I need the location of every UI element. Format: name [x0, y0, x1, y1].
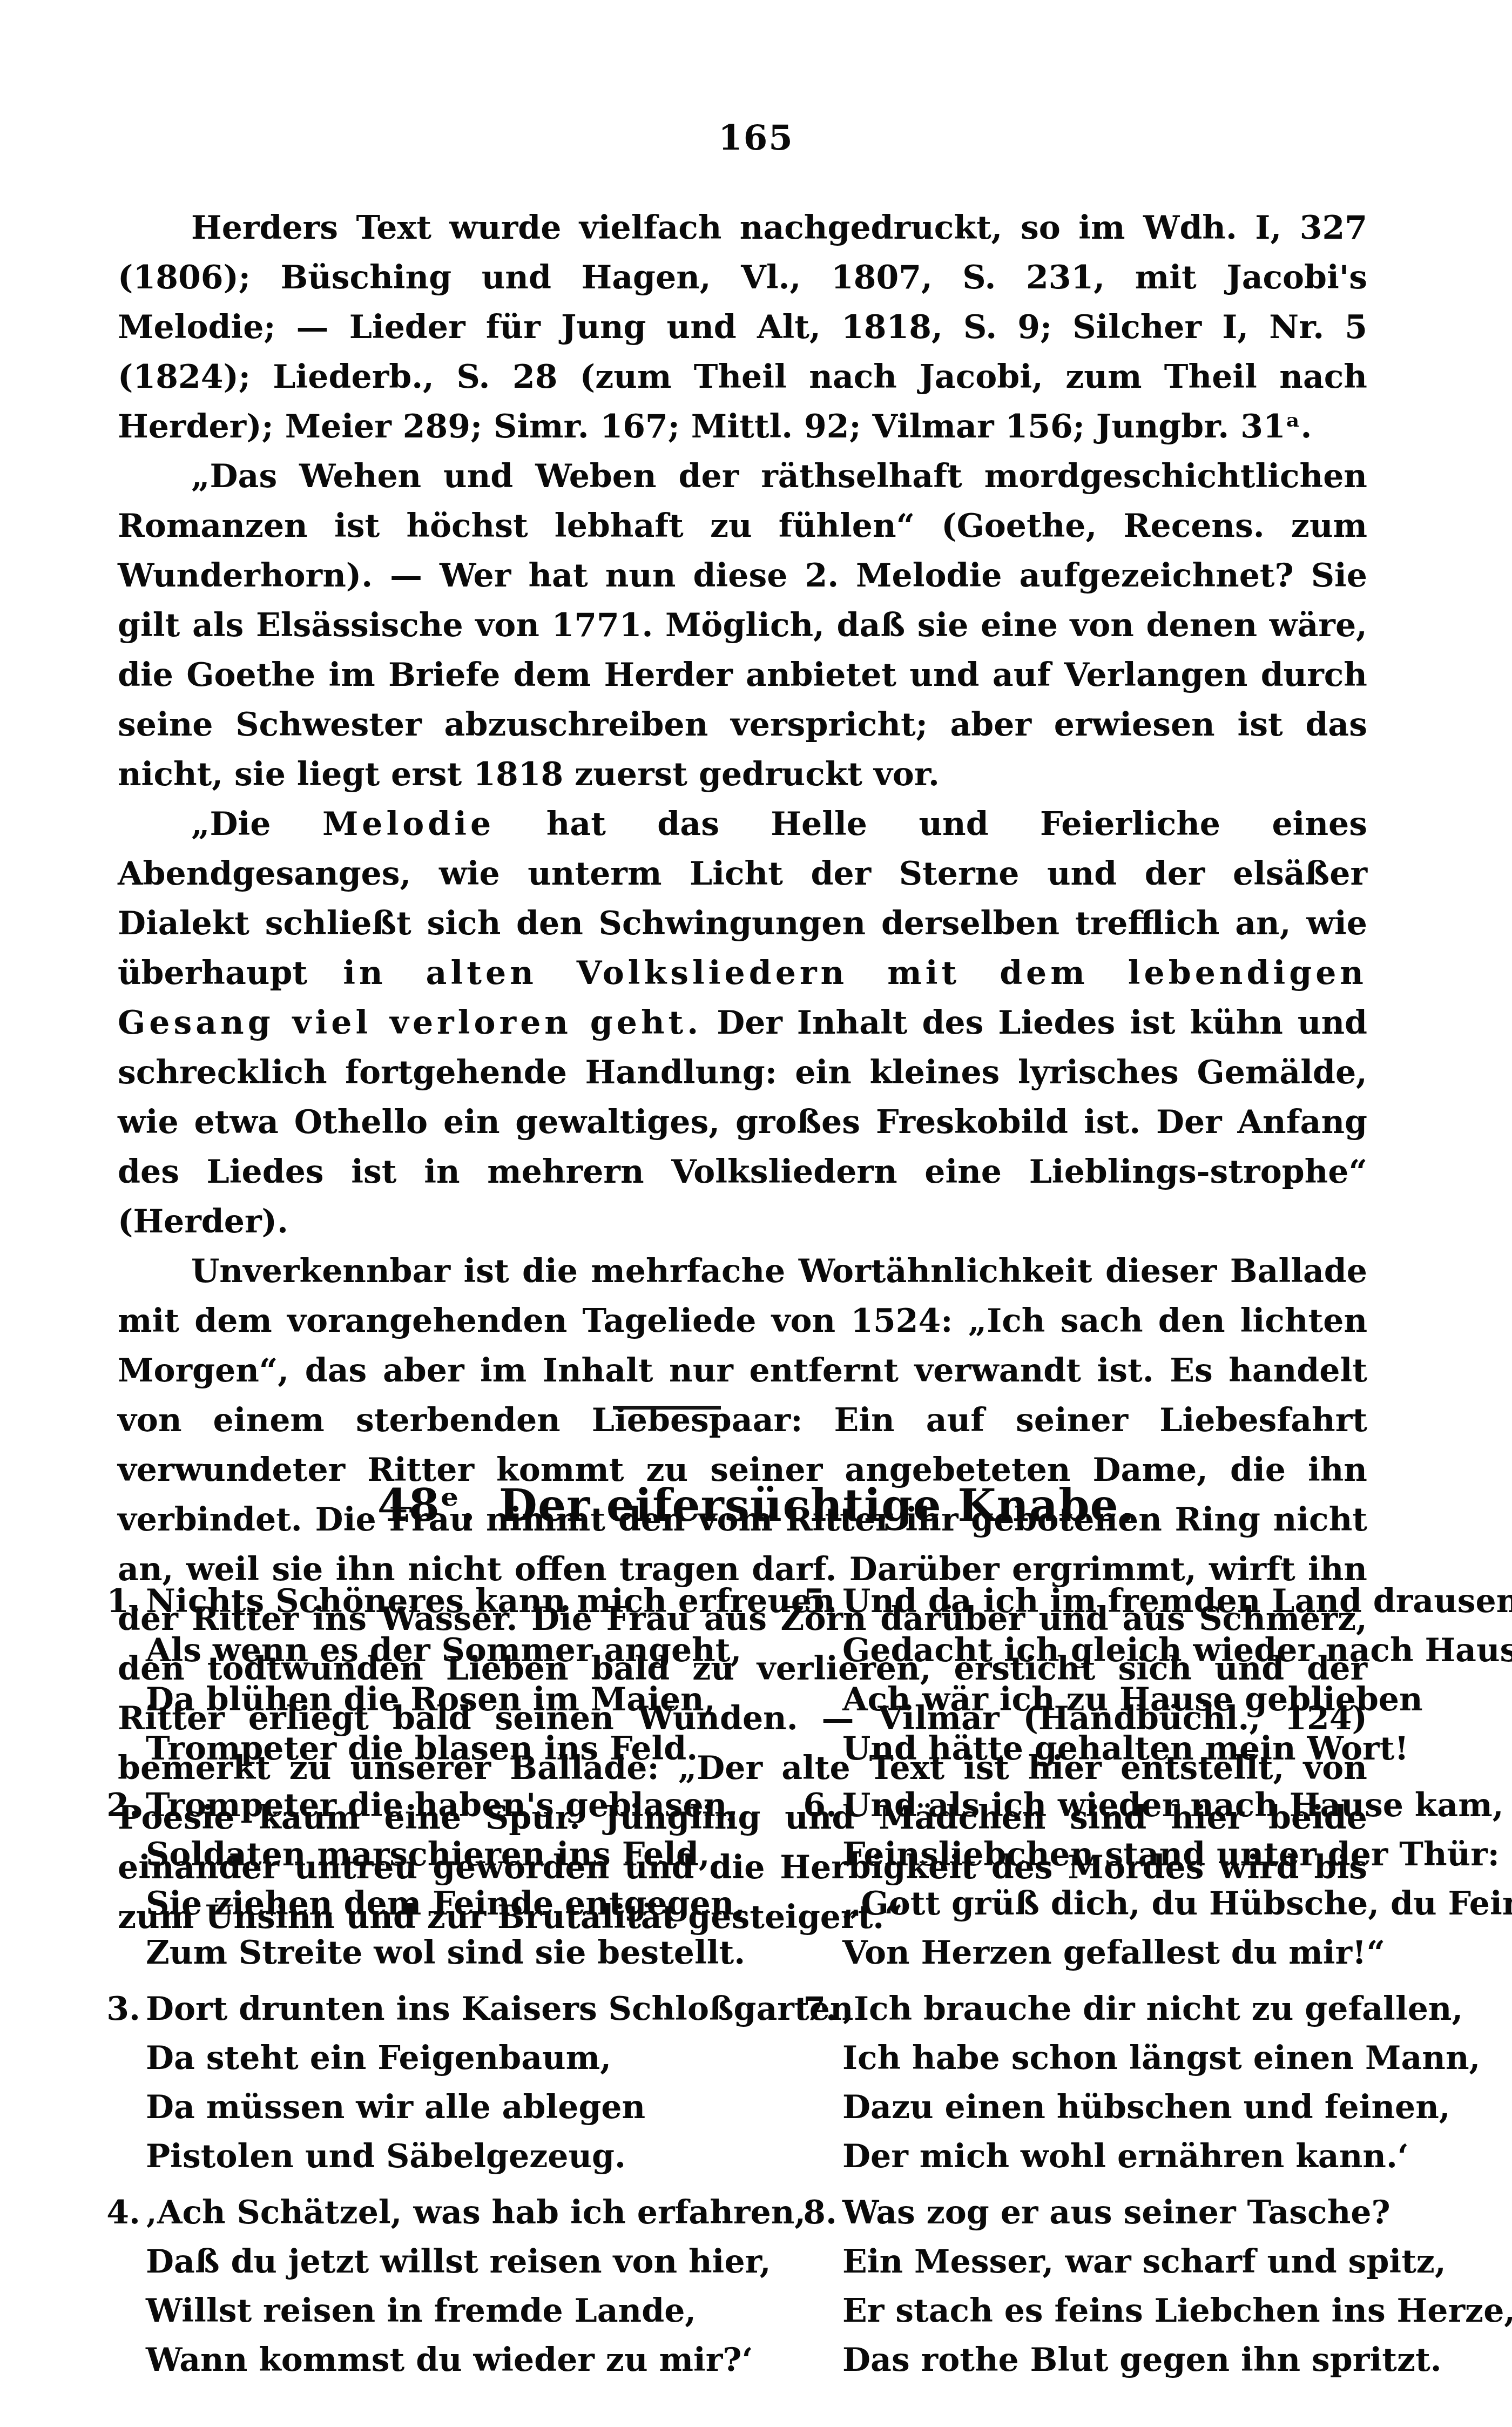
stanza-line: 4.‚Ach Schätzel, was hab ich erfahren,	[92, 2188, 806, 2237]
stanza: 2.Trompeter die haben's geblasen,Soldate…	[92, 1781, 745, 1978]
stanza-line: Und hätte gehalten mein Wort!	[788, 1724, 1512, 1774]
stanza-line: Gedacht ich gleich wieder nach Haus;	[788, 1626, 1512, 1675]
stanza-line: Daß du jetzt willst reisen von hier,	[92, 2237, 806, 2287]
quote-part: „Die	[191, 805, 322, 843]
stanza-number: 7.	[788, 1985, 837, 2034]
stanza-line: Sie ziehen dem Feinde entgegen,	[92, 1879, 745, 1929]
note-paragraph-sources: Herders Text wurde vielfach nachgedruckt…	[118, 203, 1367, 451]
quote-part-spaced: Melodie	[322, 805, 495, 843]
poem-heading: 48ᵉ.Der eifersüchtige Knabe.	[0, 1480, 1512, 1532]
stanza-line: 2.Trompeter die haben's geblasen,	[92, 1781, 745, 1830]
stanza-number: 5.	[788, 1577, 837, 1626]
stanza-line: Ein Messer, war scharf und spitz,	[788, 2237, 1512, 2287]
stanza-line: Das rothe Blut gegen ihn spritzt.	[788, 2336, 1512, 2385]
stanza-line: Als wenn es der Sommer angeht,	[92, 1626, 835, 1675]
stanza-line: Ach wär ich zu Hause geblieben	[788, 1675, 1512, 1724]
stanza: 4.‚Ach Schätzel, was hab ich erfahren,Da…	[92, 2188, 806, 2385]
stanza-line: Ich habe schon längst einen Mann,	[788, 2034, 1480, 2083]
stanza: 6.Und als ich wieder nach Hause kam,Fein…	[788, 1781, 1512, 1978]
stanza-number: 4.	[92, 2188, 140, 2237]
stanza-line: 1.Nichts Schöneres kann mich erfreuen	[92, 1577, 835, 1626]
stanza-line: Wann kommst du wieder zu mir?‘	[92, 2336, 806, 2385]
stanza-line: 8.Was zog er aus seiner Tasche?	[788, 2188, 1512, 2237]
stanza-line: Da müssen wir alle ablegen	[92, 2083, 853, 2132]
stanza-number: 2.	[92, 1781, 140, 1830]
stanza-line: Da steht ein Feigenbaum,	[92, 2034, 853, 2083]
poem-number: 48ᵉ.	[377, 1480, 476, 1532]
stanza-number: 6.	[788, 1781, 837, 1830]
note-paragraph-herder-quote: „Die Melodie hat das Helle und Feierlich…	[118, 799, 1367, 1246]
note-paragraph-goethe: „Das Wehen und Weben der räthselhaft mor…	[118, 451, 1367, 799]
stanza-line: Feinsliebchen stand unter der Thür:	[788, 1830, 1512, 1879]
stanza-line: 5.Und da ich im fremden Land drausen war	[788, 1577, 1512, 1626]
poem-title: Der eifersüchtige Knabe.	[499, 1480, 1135, 1532]
stanza-line: Da blühen die Rosen im Maien,	[92, 1675, 835, 1724]
stanza-line: Dazu einen hübschen und feinen,	[788, 2083, 1480, 2132]
stanza-line: 6.Und als ich wieder nach Hause kam,	[788, 1781, 1512, 1830]
stanza: 1.Nichts Schöneres kann mich erfreuenAls…	[92, 1577, 835, 1774]
stanza-line: Der mich wohl ernähren kann.‘	[788, 2132, 1480, 2181]
section-divider	[613, 1406, 721, 1410]
stanza-line: Er stach es feins Liebchen ins Herze,	[788, 2287, 1512, 2336]
stanza-line: „Gott grüß dich, du Hübsche, du Feine,	[788, 1879, 1512, 1929]
stanza: 3.Dort drunten ins Kaisers SchloßgartenD…	[92, 1985, 853, 2181]
stanza-line: 3.Dort drunten ins Kaisers Schloßgarten	[92, 1985, 853, 2034]
stanza: 5.Und da ich im fremden Land drausen war…	[788, 1577, 1512, 1774]
stanza-number: 3.	[92, 1985, 140, 2034]
page-number: 165	[0, 118, 1512, 158]
stanza-line: Von Herzen gefallest du mir!“	[788, 1929, 1512, 1978]
stanza-line: 7.‚Ich brauche dir nicht zu gefallen,	[788, 1985, 1480, 2034]
stanza-line: Pistolen und Säbelgezeug.	[92, 2132, 853, 2181]
stanza-number: 1.	[92, 1577, 140, 1626]
stanza-line: Zum Streite wol sind sie bestellt.	[92, 1929, 745, 1978]
stanza-line: Soldaten marschieren ins Feld,	[92, 1830, 745, 1879]
stanza-number: 8.	[788, 2188, 837, 2237]
stanza-line: Trompeter die blasen ins Feld.	[92, 1724, 835, 1774]
stanza-line: Willst reisen in fremde Lande,	[92, 2287, 806, 2336]
stanza: 7.‚Ich brauche dir nicht zu gefallen,Ich…	[788, 1985, 1480, 2181]
stanza: 8.Was zog er aus seiner Tasche?Ein Messe…	[788, 2188, 1512, 2385]
